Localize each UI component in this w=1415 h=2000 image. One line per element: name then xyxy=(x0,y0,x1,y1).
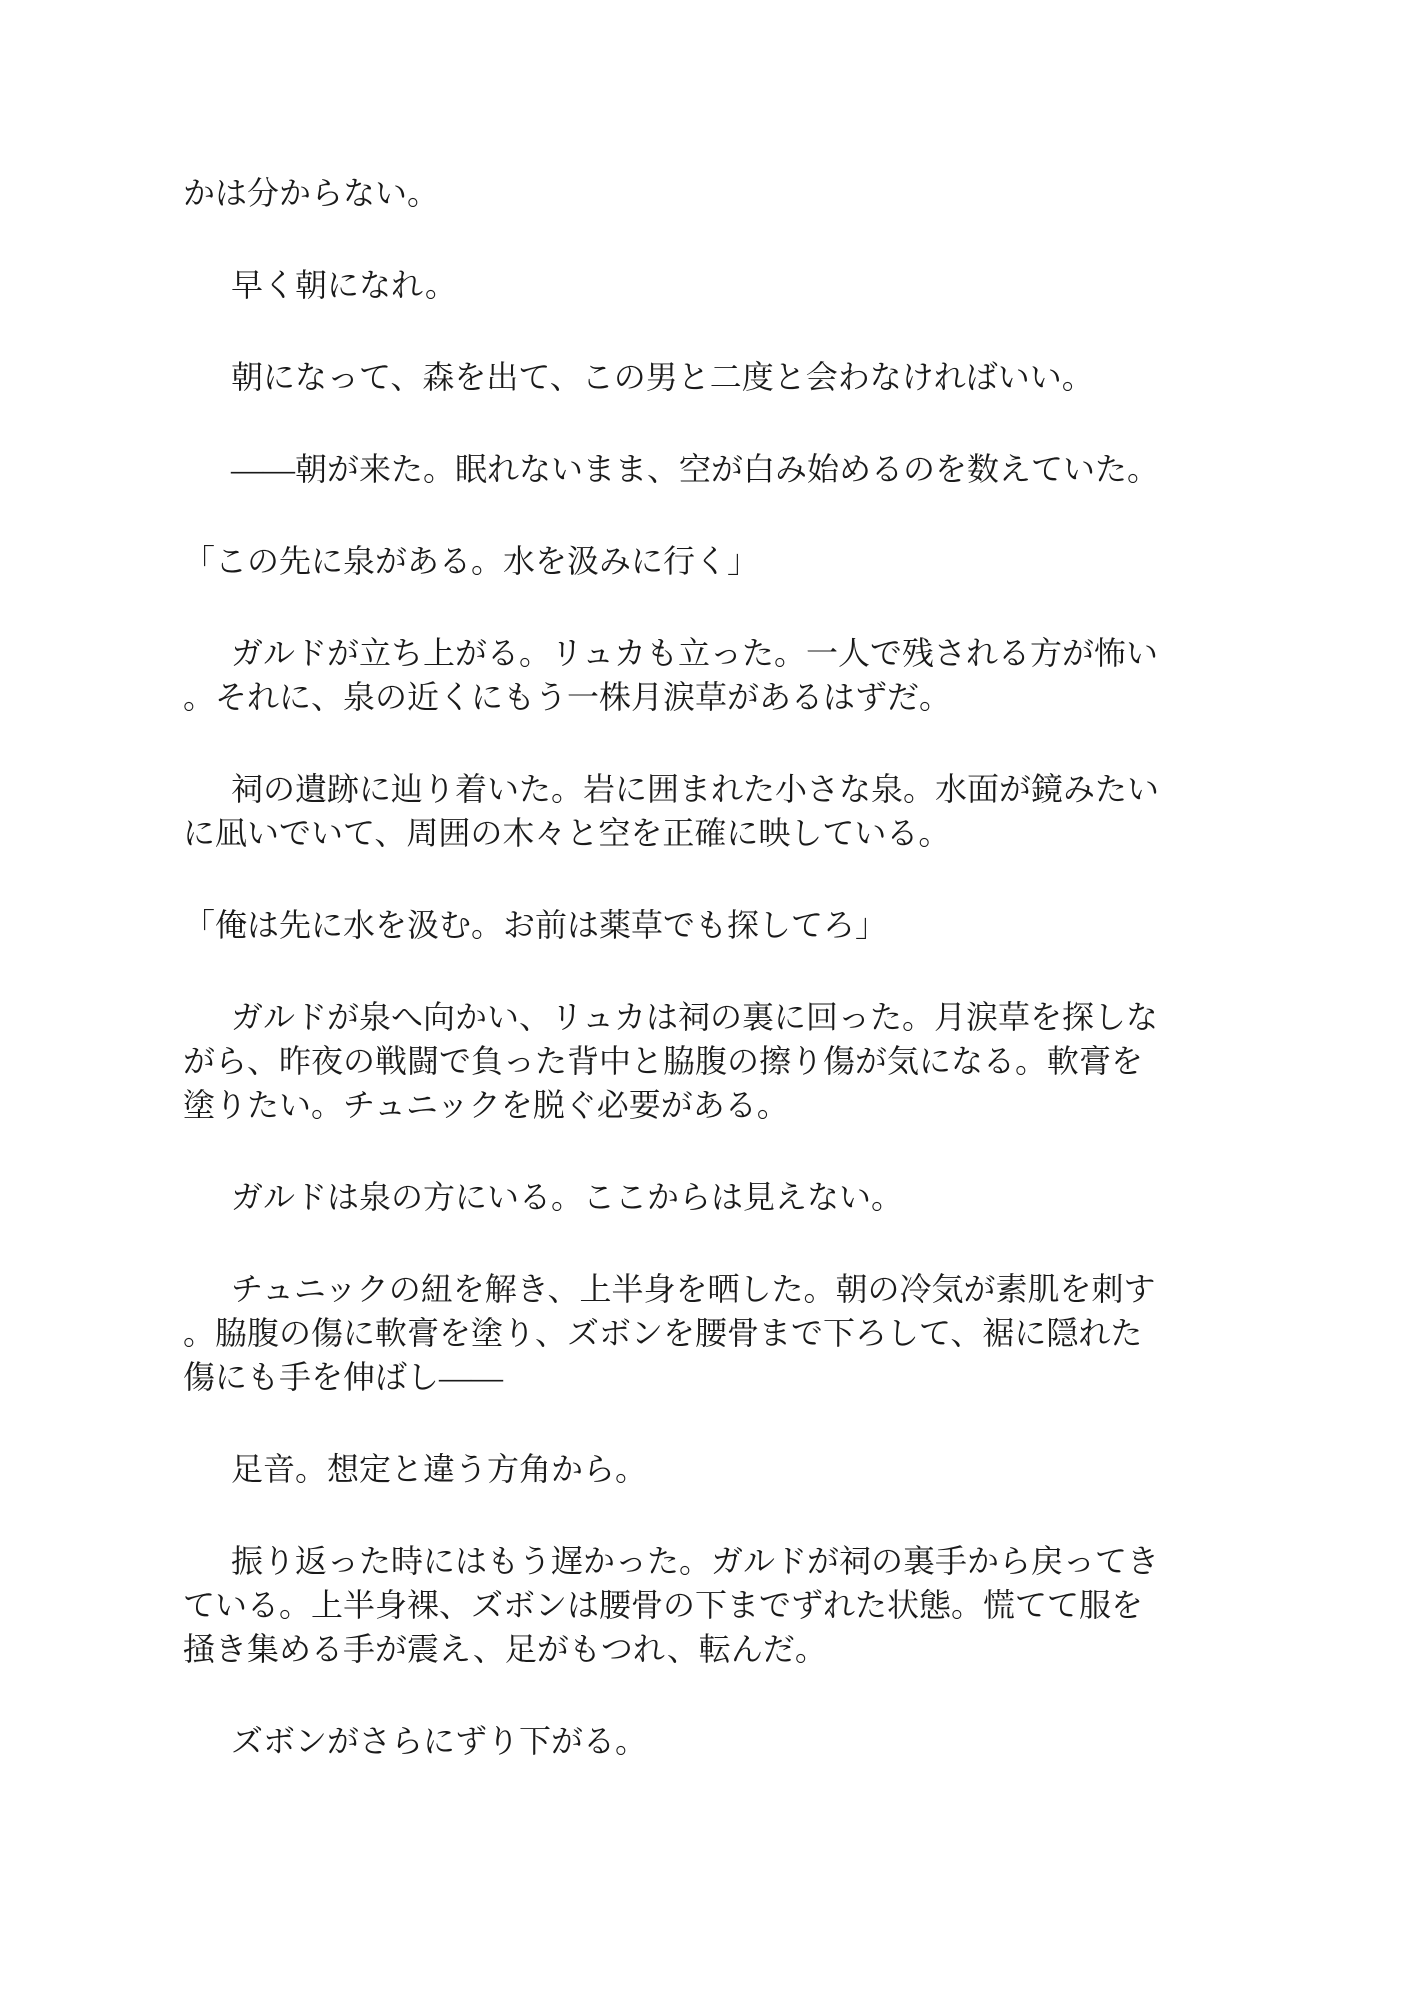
document-text: かは分からない。 早く朝になれ。 朝になって、森を出て、この男と二度と会わなけれ… xyxy=(183,171,1178,1763)
paragraph: 祠の遺跡に辿り着いた。岩に囲まれた小さな泉。水面が鏡みたい に凪いでいて、周囲の… xyxy=(183,767,1178,855)
paragraph-dialogue: 「俺は先に水を汲む。お前は薬草でも探してろ」 xyxy=(183,903,1178,947)
paragraph: ズボンがさらにずり下がる。 xyxy=(183,1719,1178,1763)
paragraph: 朝になって、森を出て、この男と二度と会わなければいい。 xyxy=(183,355,1178,399)
paragraph: 足音。想定と違う方角から。 xyxy=(183,1447,1178,1491)
paragraph: チュニックの紐を解き、上半身を晒した。朝の冷気が素肌を刺す 。脇腹の傷に軟膏を塗… xyxy=(183,1267,1178,1399)
paragraph: 早く朝になれ。 xyxy=(183,263,1178,307)
paragraph: 振り返った時にはもう遅かった。ガルドが祠の裏手から戻ってき ている。上半身裸、ズ… xyxy=(183,1539,1178,1671)
paragraph: ガルドが泉へ向かい、リュカは祠の裏に回った。月涙草を探しな がら、昨夜の戦闘で負… xyxy=(183,995,1178,1127)
paragraph: ——朝が来た。眠れないまま、空が白み始めるのを数えていた。 xyxy=(183,447,1178,491)
paragraph: ガルドが立ち上がる。リュカも立った。一人で残される方が怖い 。それに、泉の近くに… xyxy=(183,631,1178,719)
paragraph: かは分からない。 xyxy=(183,171,1178,215)
paragraph: ガルドは泉の方にいる。ここからは見えない。 xyxy=(183,1175,1178,1219)
paragraph-dialogue: 「この先に泉がある。水を汲みに行く」 xyxy=(183,539,1178,583)
